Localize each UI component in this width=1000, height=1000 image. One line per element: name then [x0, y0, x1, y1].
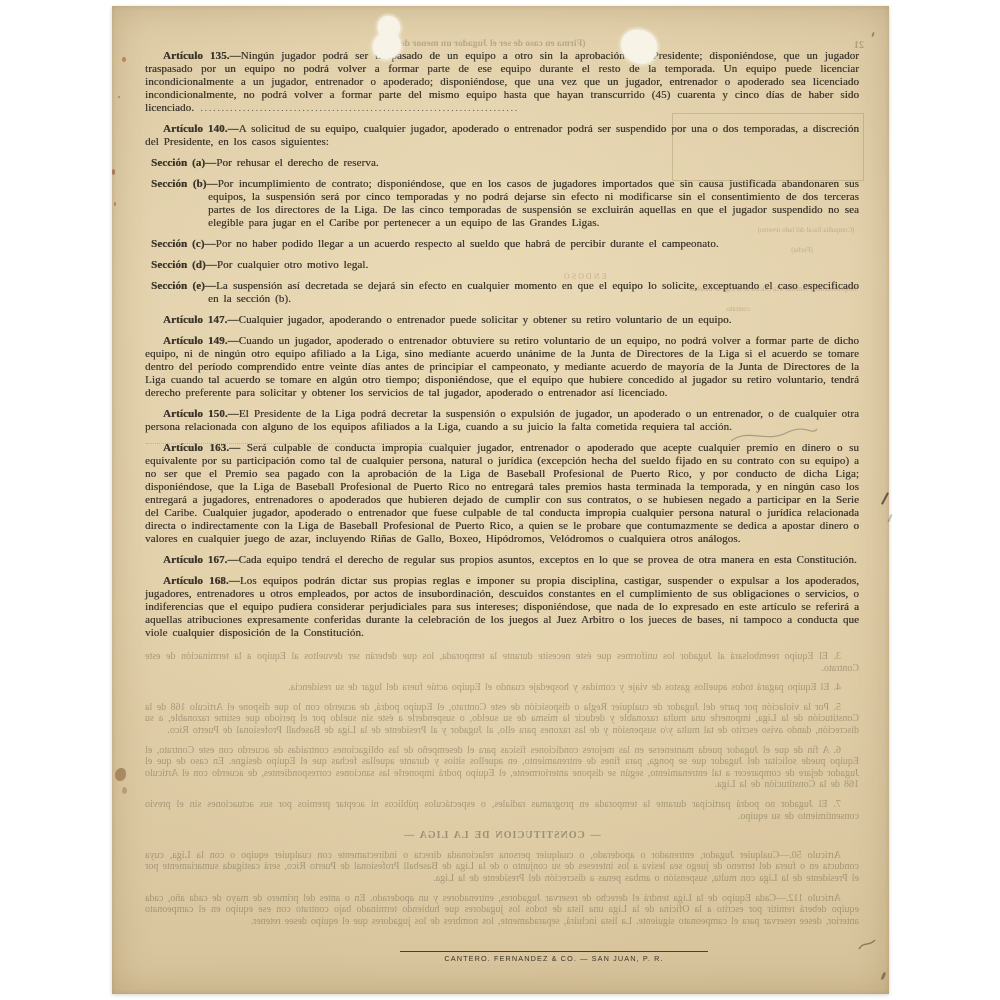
- section-b: Sección (b)—Por incumplimiento de contra…: [151, 178, 859, 230]
- bleed-clause-5: 5. Por la violación por parte del Jugado…: [145, 702, 859, 737]
- bleed-constitution-heading: — CONSTITUCION DE LA LIGA —: [145, 830, 859, 842]
- bleed-remit-note-2: contrato.: [700, 305, 750, 314]
- bleed-clause-6: 6. A fin de que el Jugador pueda mantene…: [145, 745, 859, 791]
- article-163: Artículo 163.— Será culpable de conducta…: [145, 442, 859, 546]
- bleed-remit-note: Respetuosamente remitido a la Oficina de…: [657, 286, 857, 295]
- ink-slash-mark: [887, 514, 892, 522]
- bleed-clause-4: 4. El Equipo pagará todos aquellos gasto…: [145, 682, 859, 694]
- pencil-tick-mark: [858, 938, 878, 952]
- paper-speck: [118, 96, 120, 98]
- screenshot-root: { "paper": { "bleed_top_note": "(Firma e…: [0, 0, 1000, 1000]
- section-c: Sección (c)—Por no haber podido llegar a…: [151, 238, 859, 251]
- brown-stain: [115, 768, 126, 781]
- paper-speck: [871, 32, 874, 37]
- bleed-stamp-note: (Compañía fiscal del lado reverso): [742, 226, 870, 235]
- bleed-dotted-line: [146, 443, 446, 444]
- brown-stain: [122, 787, 127, 794]
- document-body: Artículo 135.—Ningún jugador podrá ser t…: [145, 50, 859, 648]
- bleed-through-zone: 3. El Equipo reembolsará al Jugador los …: [145, 651, 859, 935]
- article-135: Artículo 135.—Ningún jugador podrá ser t…: [145, 50, 859, 115]
- bleed-article-50: Artículo 50.—Cualquier Jugador, entrenad…: [145, 850, 859, 885]
- bleed-endoso: ENDOSO: [562, 273, 606, 282]
- article-140: Artículo 140.—A solicitud de su equipo, …: [145, 123, 859, 149]
- leader-dots: ........................................…: [194, 103, 519, 113]
- article-168: Artículo 168.—Los equipos podrán dictar …: [145, 575, 859, 640]
- printer-imprint: CANTERO. FERNANDEZ & CO. — SAN JUAN, P. …: [400, 951, 708, 963]
- ink-slash-mark: [881, 492, 889, 504]
- section-a: Sección (a)—Por rehusar el derecho de re…: [151, 157, 859, 170]
- paper-speck: [112, 169, 115, 175]
- document-page: (Firma en caso de ser el Jugador un meno…: [112, 6, 889, 994]
- article-149: Artículo 149.—Cuando un jugador, apodera…: [145, 335, 859, 400]
- article-167: Artículo 167.—Cada equipo tendrá el dere…: [145, 554, 859, 567]
- paper-speck: [122, 57, 126, 62]
- bleed-stamp-date: (Fecha): [772, 246, 832, 255]
- bleed-top-note: (Firma en caso de ser el Jugador un meno…: [112, 39, 849, 49]
- article-147: Artículo 147.—Cualquier jugador, apodera…: [145, 314, 859, 327]
- paper-speck: [114, 202, 116, 206]
- section-d: Sección (d)—Por cualquier otro motivo le…: [151, 259, 859, 272]
- article-135-label: Artículo 135.—: [163, 50, 241, 62]
- ink-comma-mark: [881, 972, 887, 981]
- bleed-clause-7: 7. El Jugador no podrá participar durant…: [145, 799, 859, 822]
- bleed-article-112: Artículo 112.—Cada Equipo de la Liga ten…: [145, 893, 859, 928]
- bleed-clause-3: 3. El Equipo reembolsará al Jugador los …: [145, 651, 859, 674]
- pencil-squiggle: [728, 424, 820, 448]
